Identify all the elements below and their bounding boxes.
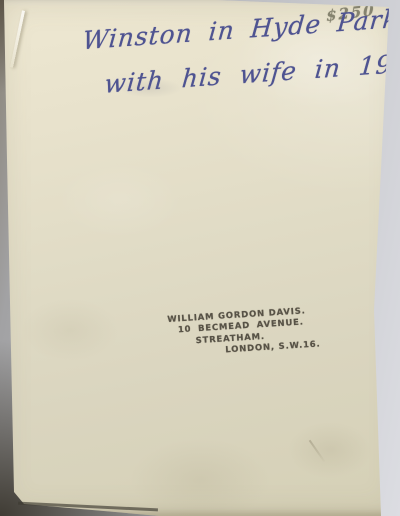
photo-back-paper: $250 Winston in Hyde Park with his wife … (0, 0, 400, 516)
handwritten-caption: Winston in Hyde Park with his wife in 19… (77, 2, 400, 101)
photo-back-scene: $250 Winston in Hyde Park with his wife … (0, 0, 400, 516)
caption-line-2: with his wife in 1913 (103, 47, 400, 99)
paper-dent-right (309, 440, 326, 462)
photographer-stamp: WILLIAM GORDON DAVIS. 10 BECMEAD AVENUE.… (167, 305, 321, 360)
caption-line-1: Winston in Hyde Park (81, 2, 400, 56)
paper-crease-top-left (10, 10, 25, 67)
